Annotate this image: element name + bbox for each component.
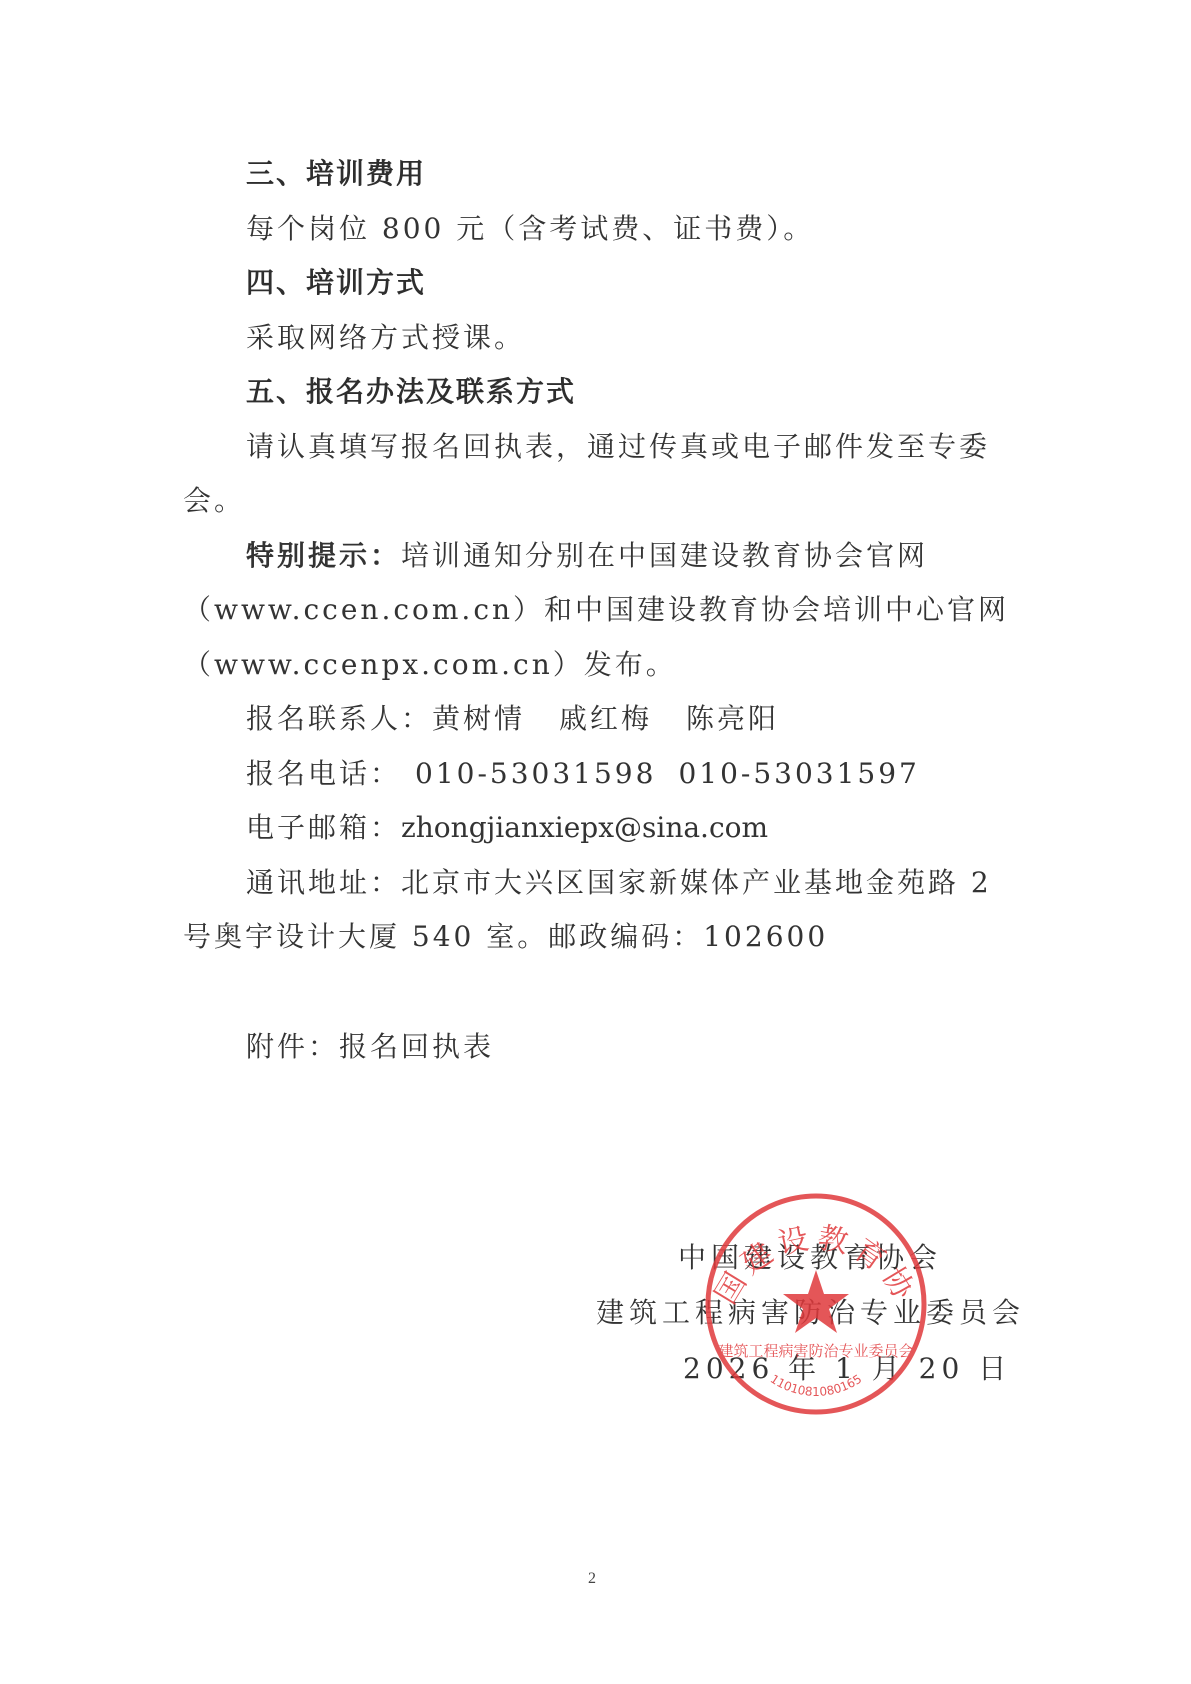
address-line1: 通讯地址：北京市大兴区国家新媒体产业基地金苑路 2 — [246, 863, 992, 903]
section-heading-fee: 三、培训费用 — [246, 154, 426, 194]
method-text: 采取网络方式授课。 — [246, 318, 525, 358]
phone-label: 报名电话： — [246, 757, 401, 790]
section-heading-registration: 五、报名办法及联系方式 — [246, 372, 576, 412]
stamp-inner-text: 建筑工程病害防治专业委员会 — [718, 1342, 913, 1360]
contacts-line: 报名联系人：黄树情戚红梅陈亮阳 — [246, 699, 779, 739]
contact-name: 陈亮阳 — [686, 702, 779, 735]
address-text: 北京市大兴区国家新媒体产业基地金苑路 2 — [401, 866, 992, 899]
registration-text-line1: 请认真填写报名回执表，通过传真或电子邮件发至专委 — [246, 427, 990, 467]
address-label: 通讯地址： — [246, 866, 401, 899]
email-value: zhongjianxiepx@sina.com — [401, 811, 768, 844]
svg-text:1101081080165: 1101081080165 — [768, 1372, 865, 1399]
attachment-line: 附件：报名回执表 — [246, 1027, 494, 1067]
official-seal-stamp: 中国建设教育协会 建筑工程病害防治专业委员会 1101081080165 — [700, 1188, 932, 1420]
phone-number: 010-53031598 — [415, 757, 656, 790]
stamp-star-icon — [783, 1270, 849, 1333]
page-number: 2 — [588, 1570, 596, 1588]
special-notice-line3: （www.ccenpx.com.cn）发布。 — [183, 645, 677, 685]
address-line2: 号奥宇设计大厦 540 室。邮政编码：102600 — [183, 917, 828, 957]
phone-line: 报名电话：010-53031598010-53031597 — [246, 754, 920, 794]
email-line: 电子邮箱：zhongjianxiepx@sina.com — [246, 808, 768, 848]
phone-number: 010-53031597 — [678, 757, 919, 790]
special-notice-label: 特别提示： — [246, 539, 401, 572]
document-page: 三、培训费用 每个岗位 800 元（含考试费、证书费）。 四、培训方式 采取网络… — [0, 0, 1191, 1684]
contacts-label: 报名联系人： — [246, 702, 432, 735]
registration-text-line2: 会。 — [183, 481, 245, 521]
stamp-code: 1101081080165 — [768, 1372, 865, 1399]
contact-name: 戚红梅 — [559, 702, 652, 735]
special-notice-line2: （www.ccen.com.cn）和中国建设教育协会培训中心官网 — [183, 590, 1009, 630]
special-notice-text: 培训通知分别在中国建设教育协会官网 — [401, 539, 928, 572]
contact-name: 黄树情 — [432, 702, 525, 735]
email-label: 电子邮箱： — [246, 811, 401, 844]
fee-text: 每个岗位 800 元（含考试费、证书费）。 — [246, 209, 814, 249]
section-heading-method: 四、培训方式 — [246, 263, 426, 303]
special-notice-line1: 特别提示：培训通知分别在中国建设教育协会官网 — [246, 536, 928, 576]
